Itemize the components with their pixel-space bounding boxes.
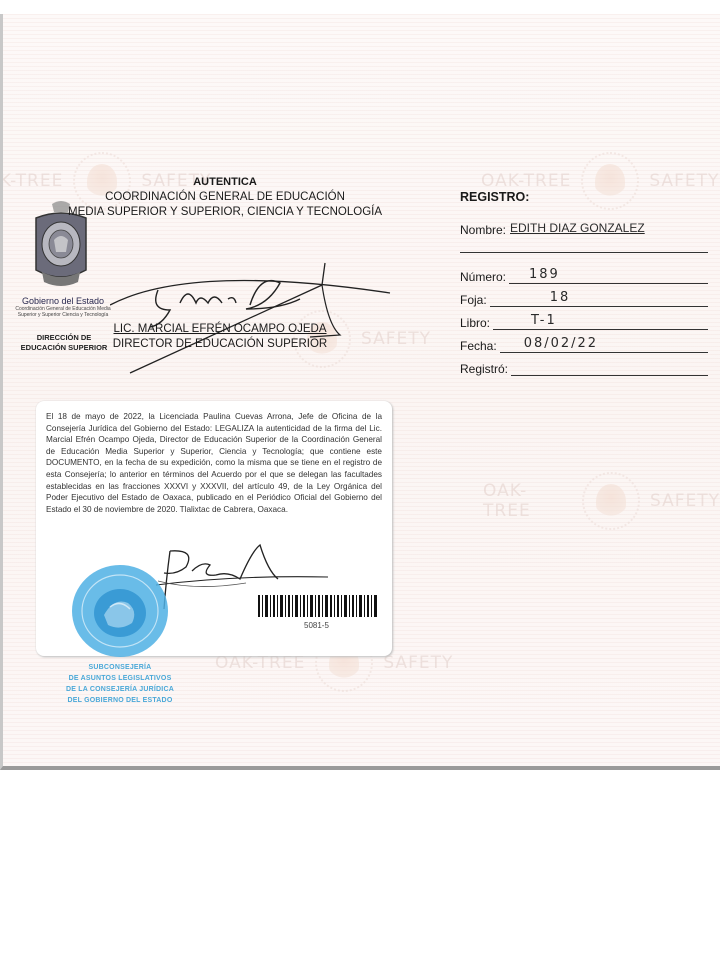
- registro-field-numero: Número: 189: [460, 261, 708, 284]
- registro-field-fecha: Fecha: 08/02/22: [460, 330, 708, 353]
- direction-label: DIRECCIÓN DE EDUCACIÓN SUPERIOR: [14, 333, 114, 353]
- registro-field-nombre: Nombre: EDITH DIAZ GONZALEZ: [460, 214, 708, 237]
- signatory-block: LIC. MARCIAL EFRÉN OCAMPO OJEDA DIRECTOR…: [100, 322, 340, 352]
- director-signature: [110, 255, 400, 375]
- watermark: OAK-TREE SAFETY: [483, 472, 720, 530]
- legalization-text: El 18 de mayo de 2022, la Licenciada Pau…: [46, 411, 382, 515]
- registro-field-registro: Registró:: [460, 353, 708, 376]
- registro-field-libro: Libro: T-1: [460, 307, 708, 330]
- authentication-header: AUTENTICA COORDINACIÓN GENERAL DE EDUCAC…: [55, 175, 395, 220]
- registro-blank-line: [460, 239, 708, 253]
- registro-block: REGISTRO: Nombre: EDITH DIAZ GONZALEZ Nú…: [460, 190, 708, 376]
- government-logo: Gobierno del Estado Coordinación General…: [8, 296, 118, 318]
- barcode-number: 5081-5: [304, 621, 329, 630]
- oak-tree-seal-icon: [582, 472, 639, 530]
- official-seal-icon: [70, 563, 170, 659]
- registrar-initials: [511, 359, 708, 376]
- stamp-caption: SUBCONSEJERÍA DE ASUNTOS LEGISLATIVOS DE…: [45, 662, 195, 706]
- registro-field-foja: Foja: 18: [460, 284, 708, 307]
- barcode: [258, 595, 378, 617]
